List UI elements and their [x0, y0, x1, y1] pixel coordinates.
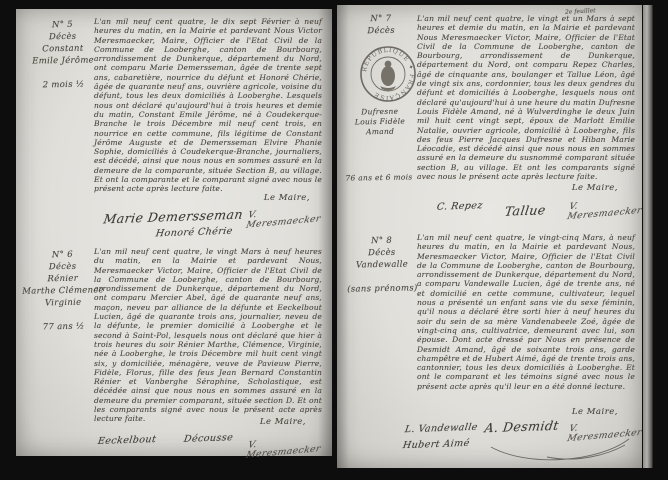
- act6-signature-declarant1: Eeckelbout: [97, 434, 157, 447]
- act8-closing: Le Maire,: [572, 407, 618, 417]
- act5-signature-declarant1: Marie Demersseman: [103, 207, 245, 227]
- act7-signature-declarant2: Tallue: [504, 202, 547, 218]
- act7-signature-mayor: V. Meresmaecker: [566, 196, 645, 222]
- act8-signature-witness2: Hubert Aimé: [402, 438, 470, 451]
- act7-margin-age: 76 ans et 6 mois: [337, 172, 421, 183]
- act6-body-text: L'an mil neuf cent quatre, le vingt Mars…: [94, 247, 322, 424]
- act7-margin-number: N° 7 Décès: [351, 12, 411, 37]
- registry-page-right: N° 7 Décès RÉPUBLIQUE ✦ FRANÇAISE Dufres…: [337, 5, 642, 468]
- signature-flourish-stroke: [487, 433, 637, 465]
- act5-margin-note: N° 5 Décès Constant Emile Jérôme 2 mois …: [23, 18, 102, 91]
- act5-closing: Le Maire,: [264, 193, 310, 203]
- act7-body-text: L'an mil neuf cent quatre, le vingt et u…: [417, 14, 635, 181]
- act5-signature-declarant2: Honoré Chérie: [155, 226, 233, 240]
- scanned-registry-spread: N° 5 Décès Constant Emile Jérôme 2 mois …: [0, 0, 668, 480]
- act6-closing: Le Maire,: [260, 417, 306, 427]
- act8-body-text: L'an mil neuf cent quatre, le vingt-cinq…: [417, 233, 635, 391]
- page-edge-strip: [643, 5, 653, 468]
- republique-francaise-stamp-icon: RÉPUBLIQUE ✦ FRANÇAISE: [359, 45, 417, 103]
- act8-margin-note: N° 8 Décès Vandewalle (sans prénoms): [338, 234, 425, 295]
- act6-signature-mayor: V. Meresmaecker: [245, 433, 335, 460]
- act5-body-text: L'an mil neuf cent quatre, le dix sept F…: [94, 17, 322, 194]
- act7-closing: Le Maire,: [572, 183, 618, 193]
- act7-signature-declarant1: C. Repez: [436, 200, 483, 213]
- act8-signature-declarant: L. Vandewalle: [404, 422, 478, 436]
- registry-page-left: N° 5 Décès Constant Emile Jérôme 2 mois …: [16, 9, 332, 456]
- act6-signature-declarant2: Décousse: [183, 432, 234, 445]
- act7-margin-name: Dufresne Louis Fidèle Amand: [339, 106, 422, 137]
